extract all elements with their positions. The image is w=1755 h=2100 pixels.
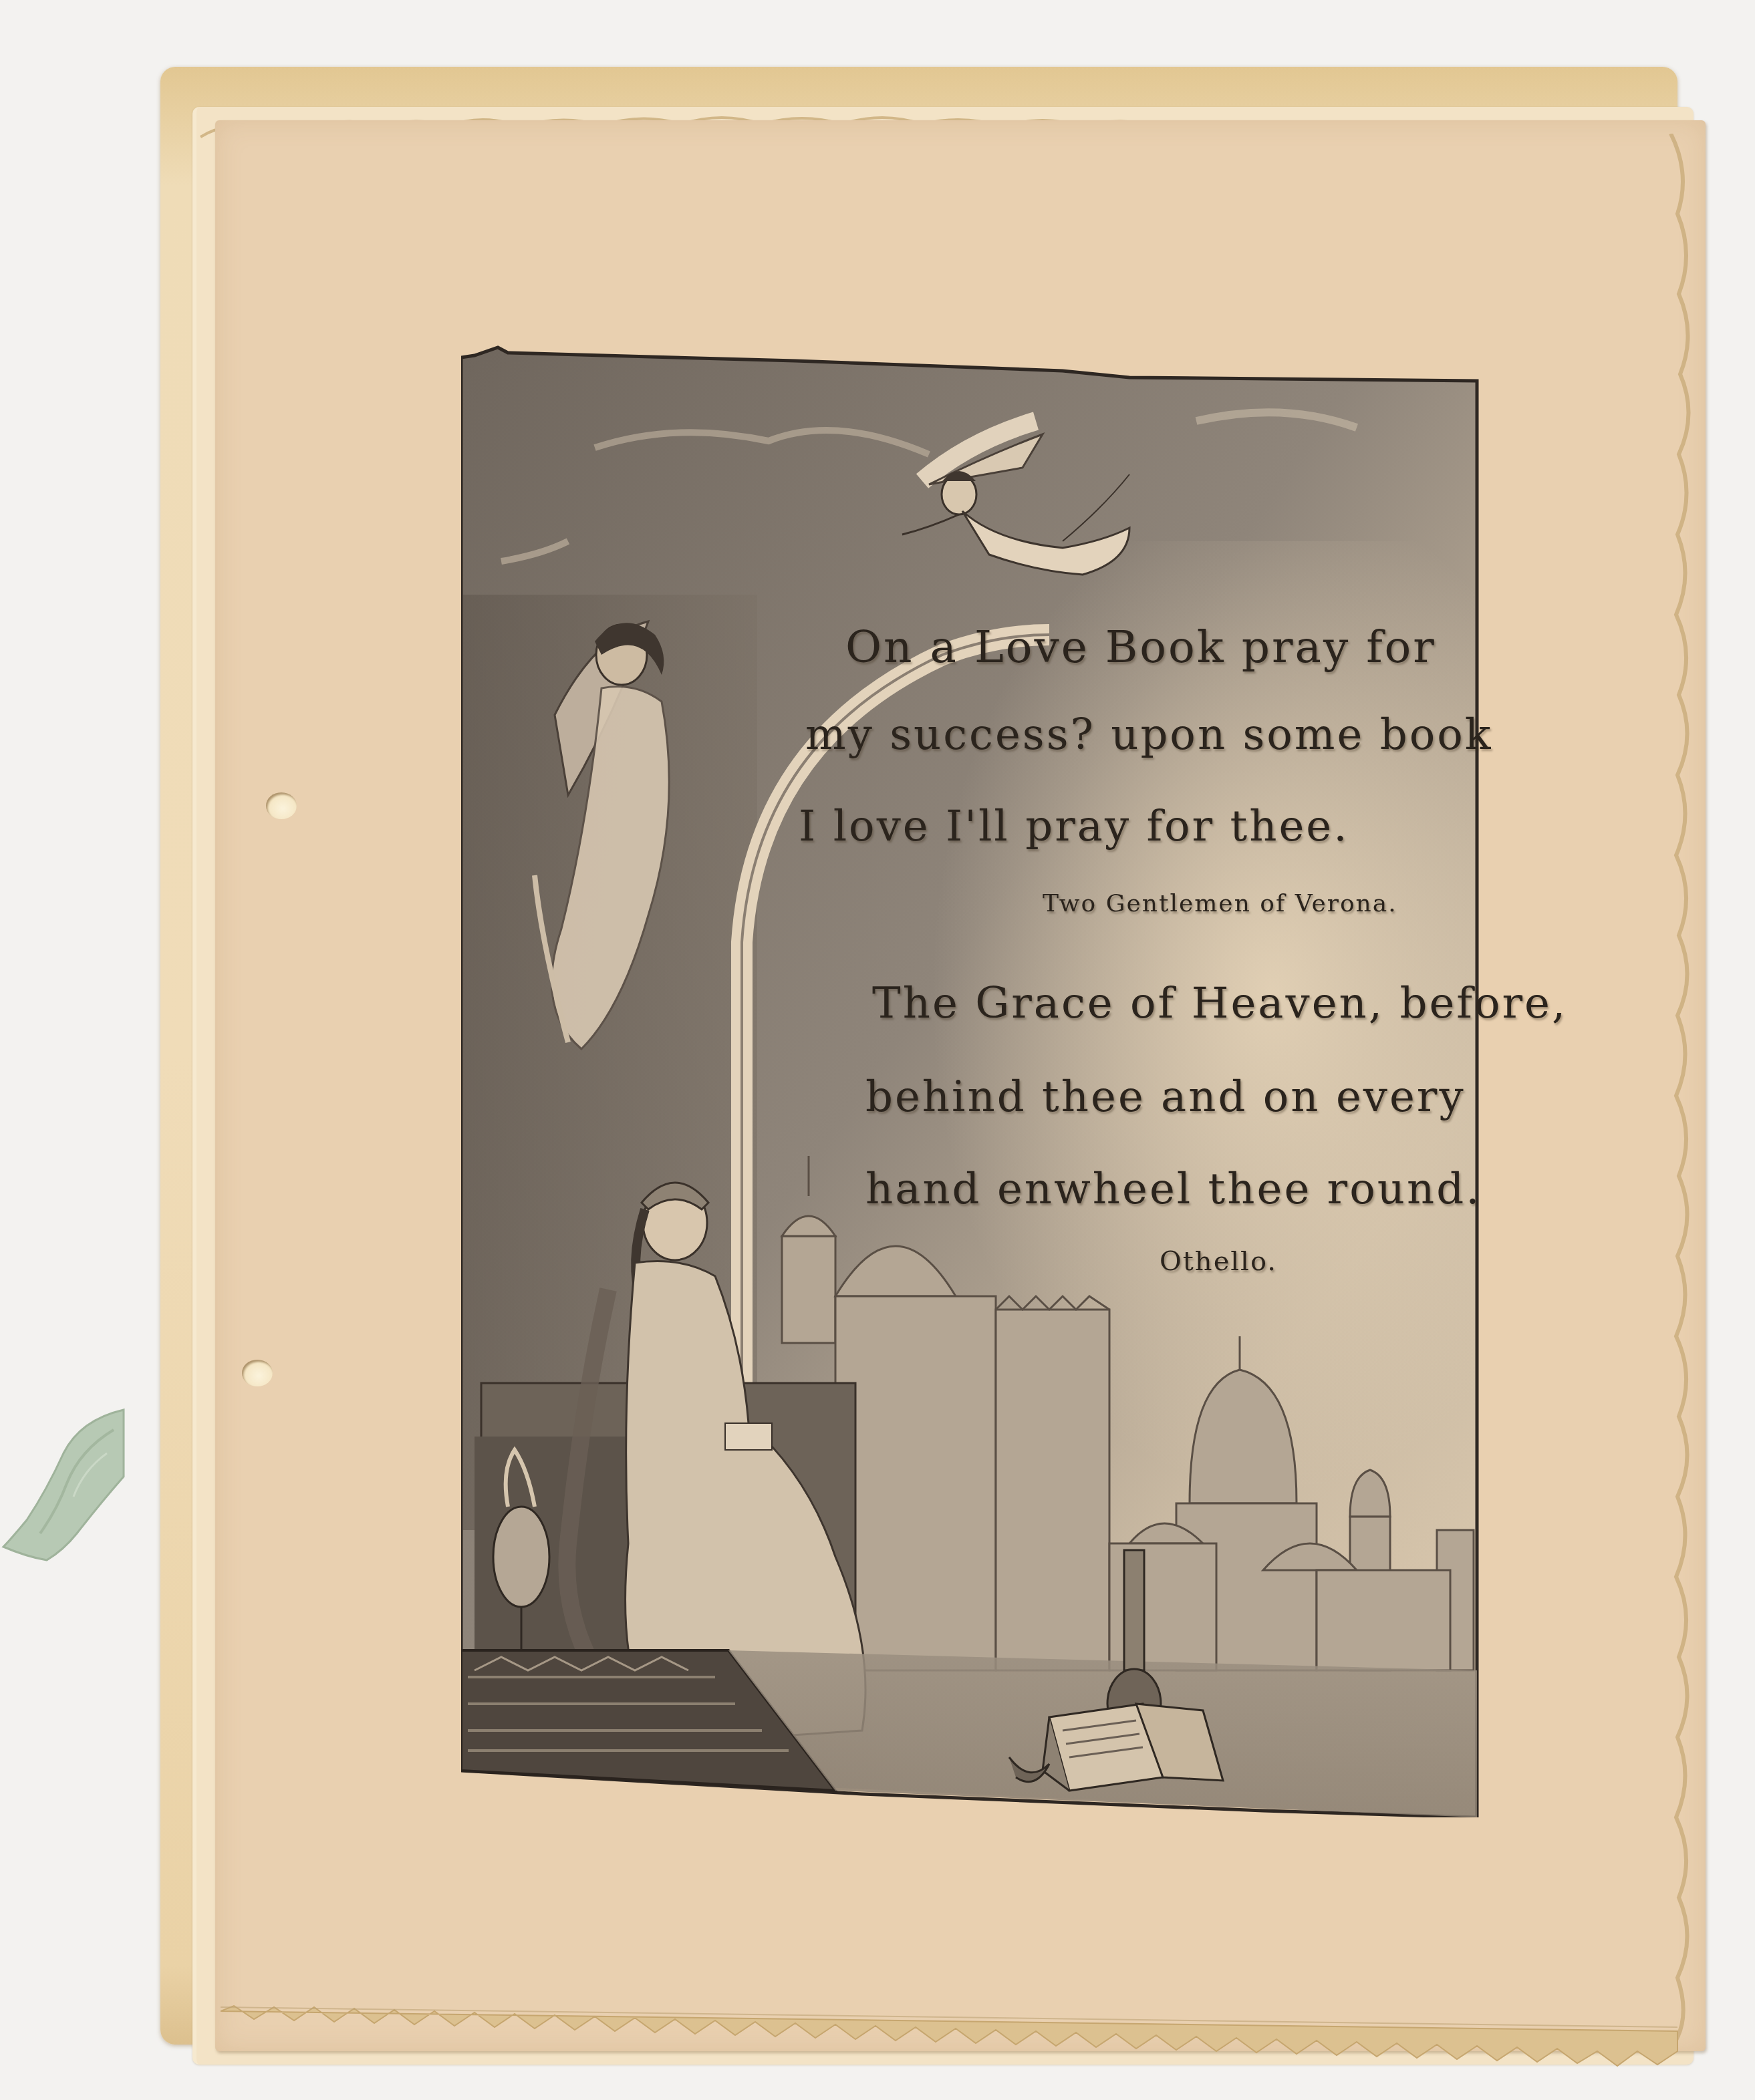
engraved-illustration: On a Love Book pray for my success? upon… xyxy=(461,341,1480,1817)
green-ribbon xyxy=(0,1390,127,1570)
quote-1-line-2: my success? upon some book xyxy=(805,710,1493,760)
quote-1-line-1: On a Love Book pray for xyxy=(845,621,1436,673)
quote-2-line-1: The Grace of Heaven, before, xyxy=(872,979,1567,1028)
quote-1-line-3: I love I'll pray for thee. xyxy=(799,802,1349,851)
quote-2-line-2: behind thee and on every xyxy=(865,1072,1466,1122)
punch-hole-bottom xyxy=(242,1360,273,1386)
quote-2-attribution: Othello. xyxy=(1160,1246,1277,1277)
quote-2-line-3: hand enwheel thee round. xyxy=(865,1165,1481,1214)
quote-1-attribution: Two Gentlemen of Verona. xyxy=(1043,890,1397,917)
punch-hole-top xyxy=(266,792,297,819)
scalloped-right-edge xyxy=(1664,134,1704,2045)
scalloped-bottom-edge xyxy=(221,2004,1691,2071)
